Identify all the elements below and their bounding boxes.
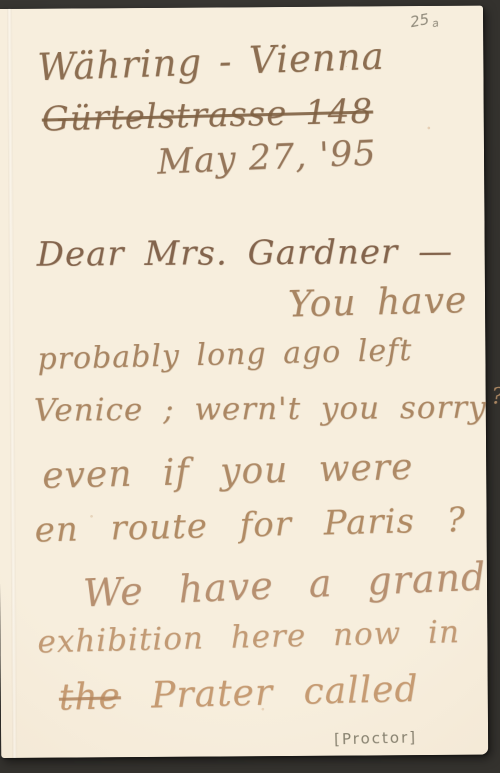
scan-viewport: { "scan": { "background_color": "#34322e…: [0, 0, 500, 773]
letter-page: Währing - Vienna Gürtelstrasse 148 May 2…: [0, 6, 488, 758]
body-line-text: Venice ; wern't you sorry: [34, 390, 487, 429]
body-line: probably long ago left: [37, 333, 413, 377]
struck-word: the: [58, 676, 121, 719]
pencil-attribution: [Proctor]: [334, 728, 417, 748]
body-line: We have a grand: [82, 555, 487, 616]
raised-question-mark: ?: [491, 383, 500, 409]
struck-address-text: Gürtelstrasse 148: [41, 91, 373, 139]
body-line-text: Prater called: [151, 669, 419, 717]
catalog-suffix-text: a: [431, 16, 440, 30]
catalog-number-text: 25: [409, 10, 431, 31]
body-line: Venice ; wern't you sorry?: [34, 389, 500, 428]
body-line: en route for Paris ?: [34, 500, 466, 551]
heading-date: May 27, '95: [156, 134, 377, 183]
pencil-catalog-number: 25a: [409, 9, 438, 31]
body-line: the Prater called: [58, 669, 419, 719]
paper-fold-crease: [7, 9, 17, 758]
body-line: exhibition here now in: [37, 614, 460, 660]
heading-location: Währing - Vienna: [37, 35, 386, 89]
body-line: You have: [288, 280, 468, 325]
body-line: even if you were: [42, 447, 414, 497]
heading-address-struck: Gürtelstrasse 148: [41, 91, 373, 139]
salutation: Dear Mrs. Gardner —: [37, 232, 454, 275]
